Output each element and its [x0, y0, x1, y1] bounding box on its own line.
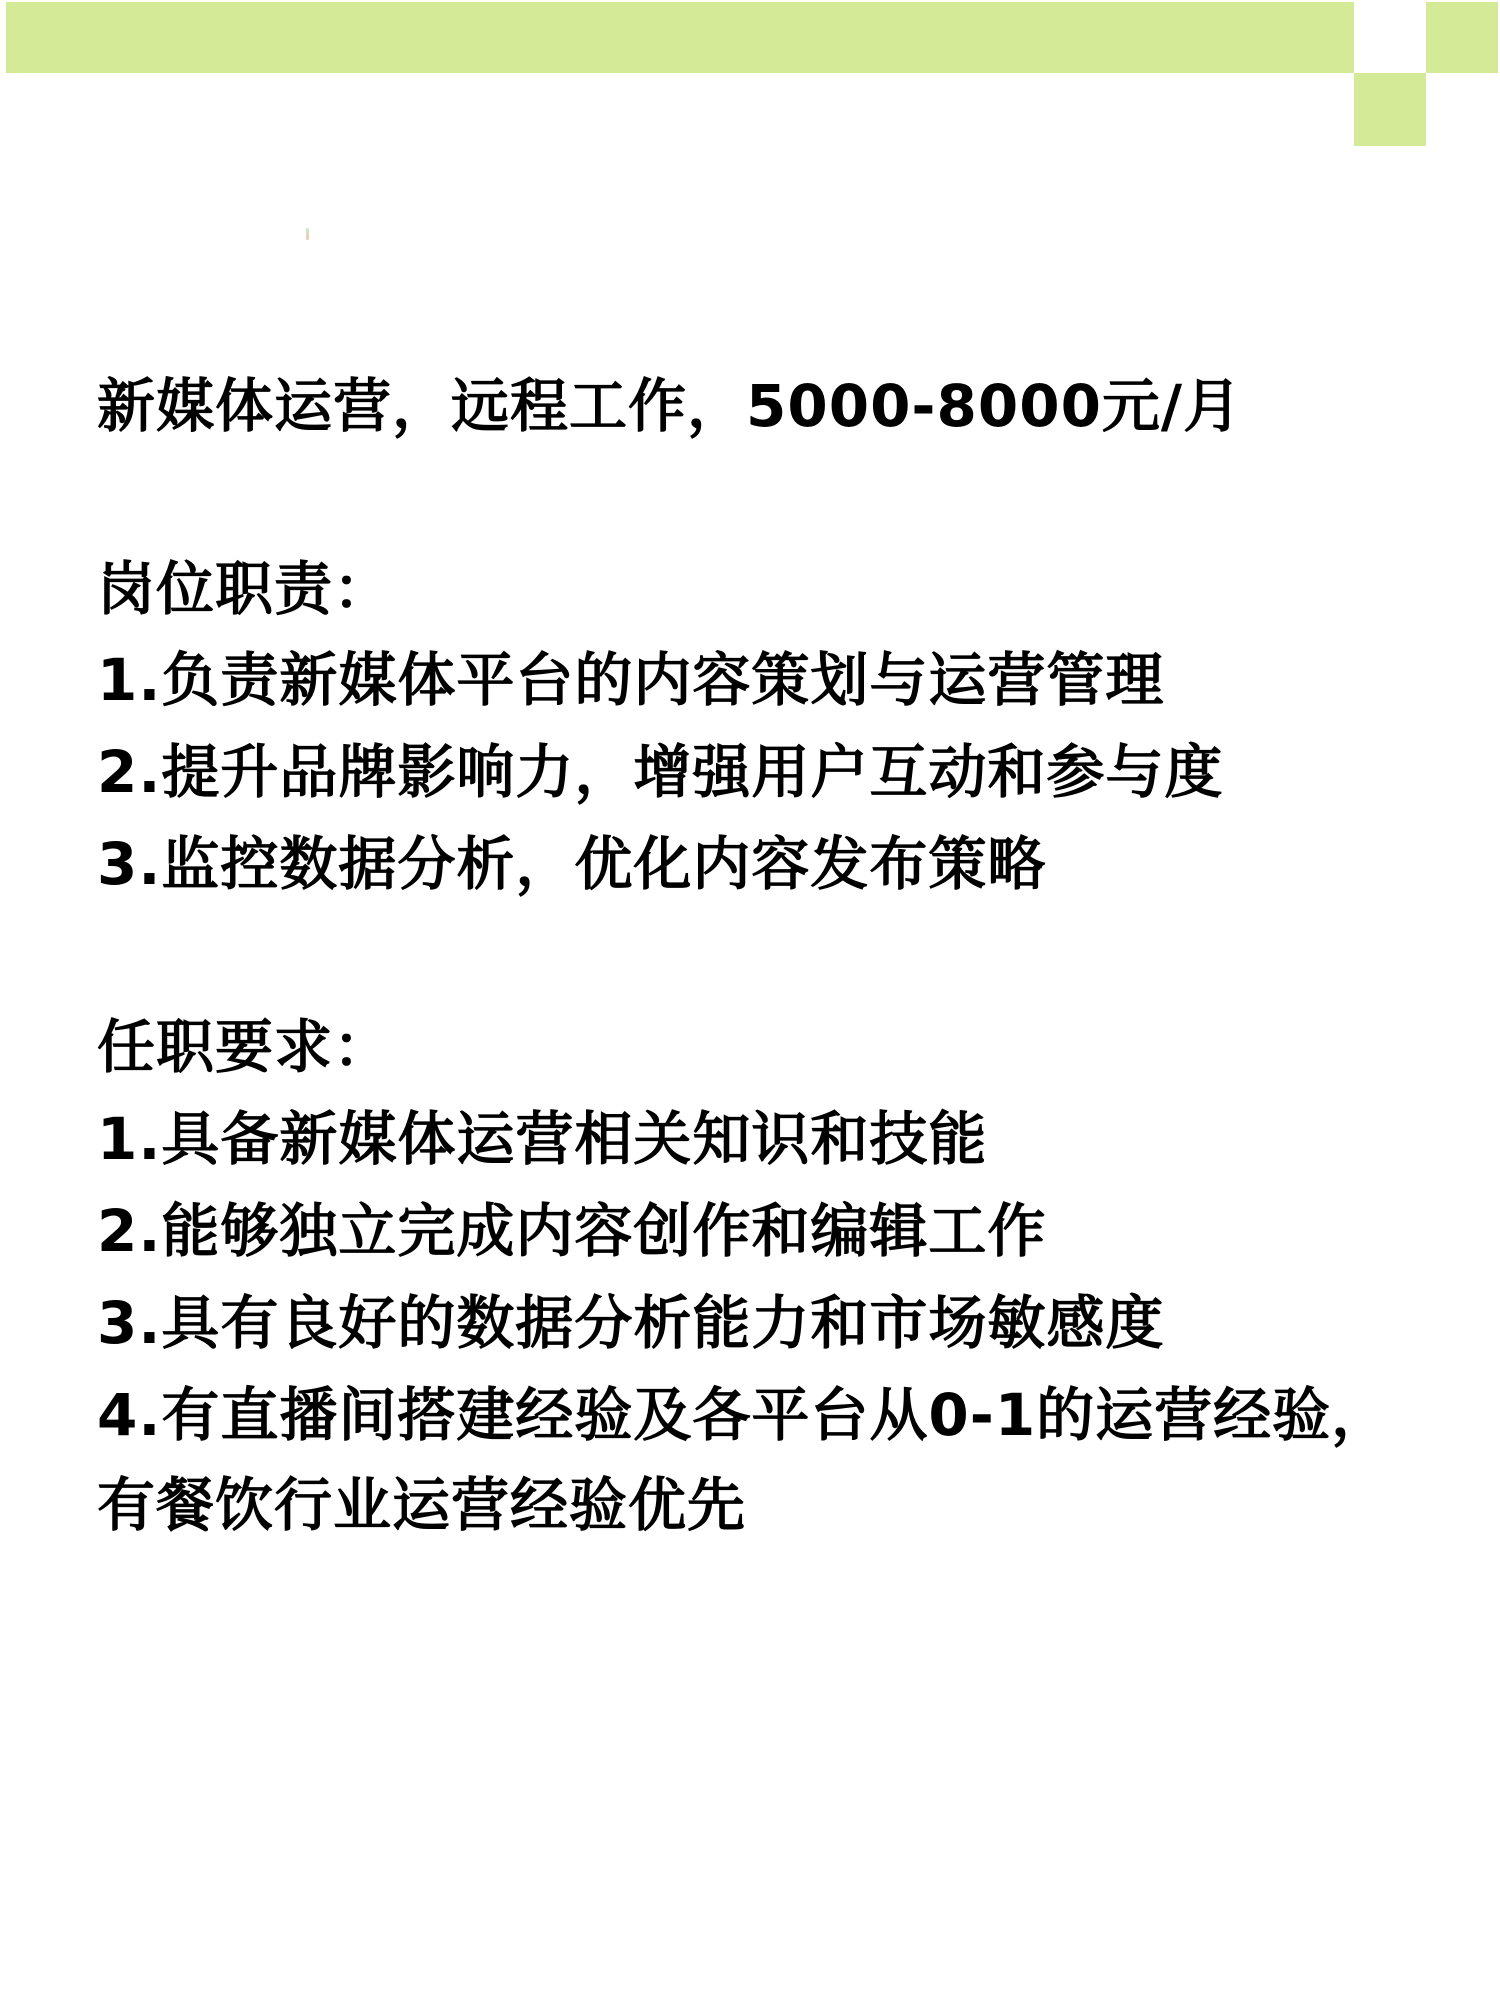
list-item: 2.提升品牌影响力，增强用户互动和参与度	[97, 740, 1223, 804]
job-title: 新媒体运营，远程工作，5000-8000元/月	[97, 374, 1242, 438]
list-item: 1.具备新媒体运营相关知识和技能	[97, 1107, 987, 1171]
section-heading: 岗位职责：	[97, 557, 392, 621]
list-item: 3.具有良好的数据分析能力和市场敏感度	[97, 1291, 1164, 1355]
list-item: 1.负责新媒体平台的内容策划与运营管理	[97, 648, 1164, 712]
header-decor-square-lower	[1354, 73, 1426, 146]
list-item-continuation: 有餐饮行业运营经验优先	[97, 1473, 746, 1537]
list-item: 3.监控数据分析，优化内容发布策略	[97, 832, 1046, 896]
list-item: 4.有直播间搭建经验及各平台从0-1的运营经验，	[97, 1383, 1390, 1447]
section-heading: 任职要求：	[97, 1015, 392, 1079]
decor-speck	[306, 228, 309, 240]
header-decor-square-right	[1426, 2, 1498, 73]
list-item: 2.能够独立完成内容创作和编辑工作	[97, 1199, 1046, 1263]
header-decor-bar	[6, 2, 1354, 73]
